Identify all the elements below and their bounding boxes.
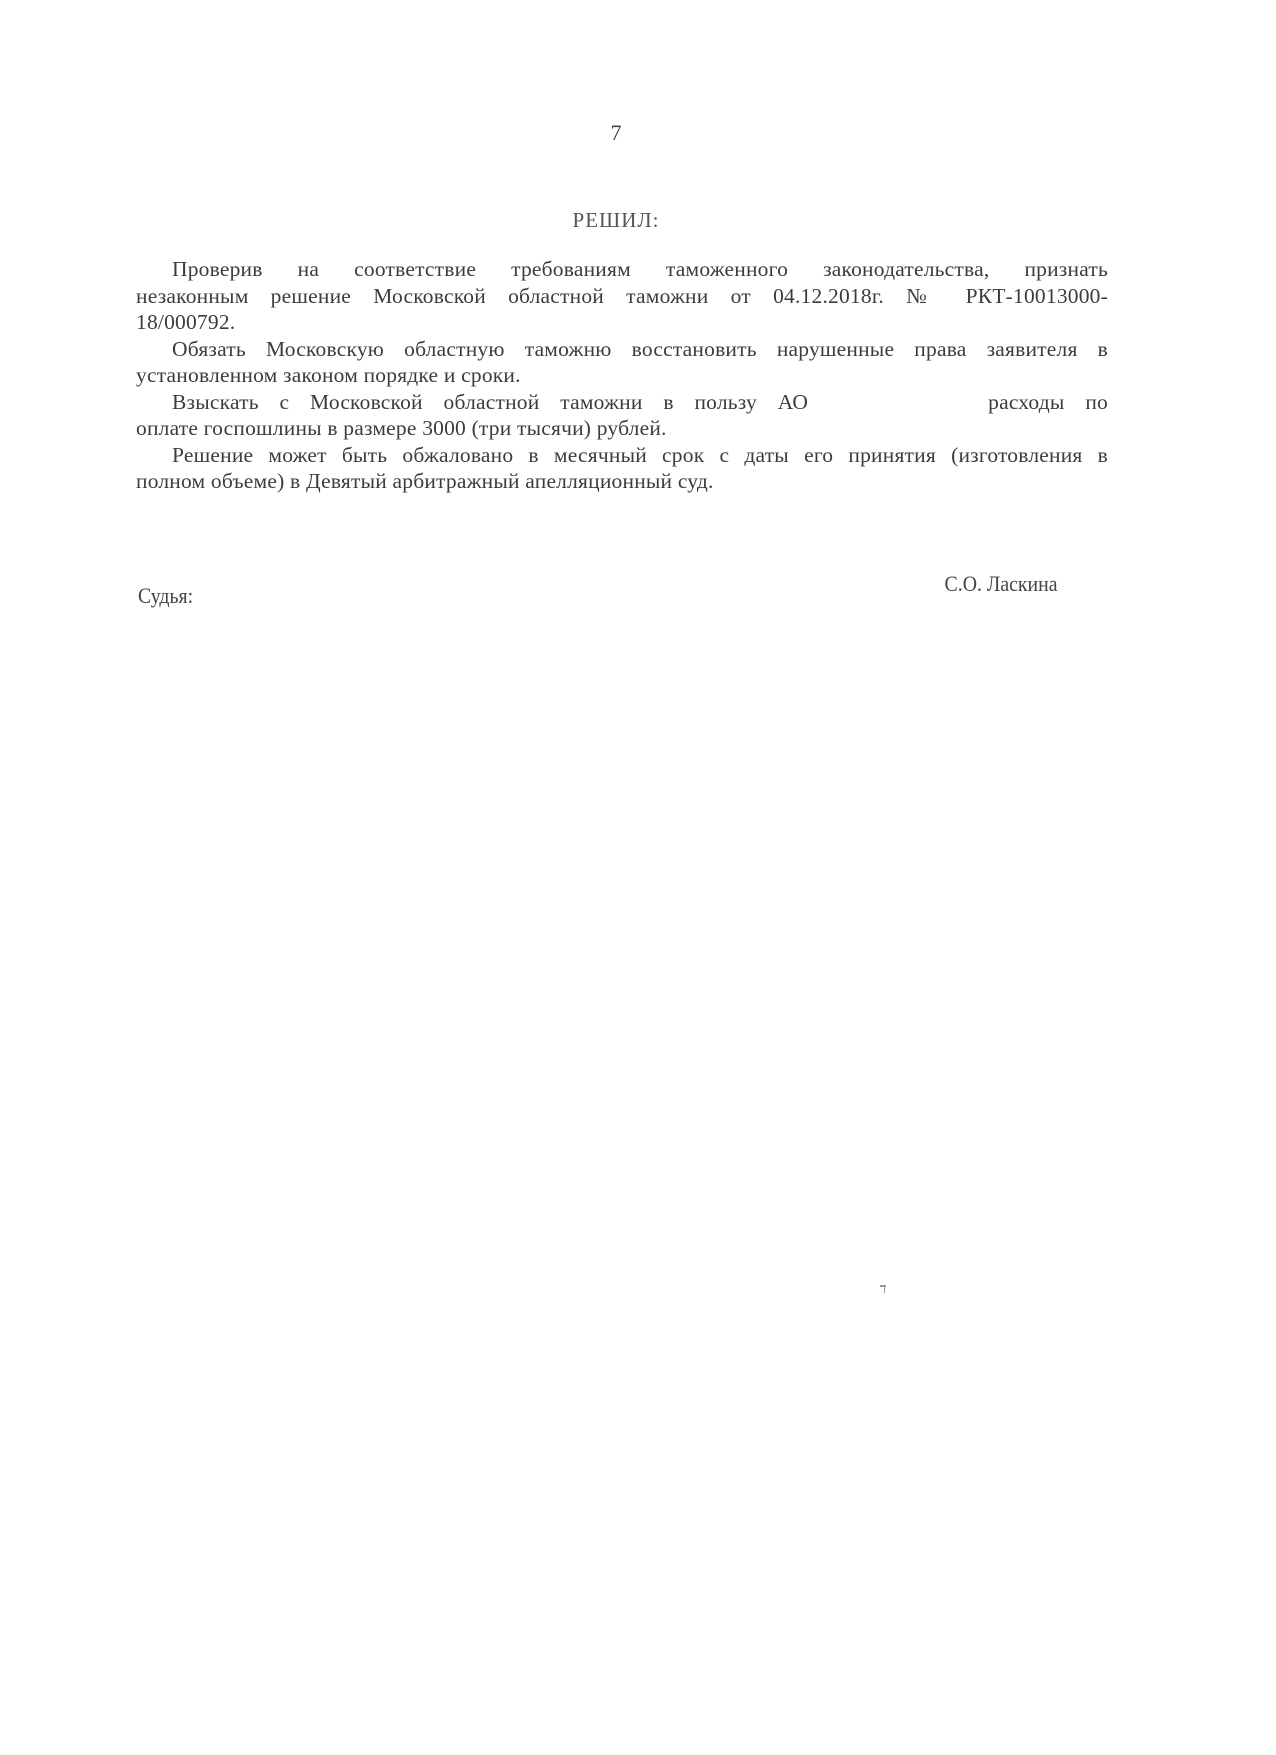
text-line: Обязать Московскую областную таможню вос… [136, 336, 1108, 363]
signature-block: Судья: С.О. Ласкина [138, 571, 1058, 611]
paragraph-appeal-notice: Решение может быть обжаловано в месячный… [136, 442, 1108, 495]
decision-heading: РЕШИЛ: [0, 208, 1232, 233]
page-number: 7 [0, 120, 1232, 146]
text-fragment: Взыскать с Московской областной таможни … [172, 390, 808, 414]
decision-body: Проверив на соответствие требованиям там… [136, 256, 1108, 495]
text-line: полном объеме) в Девятый арбитражный апе… [136, 468, 1108, 495]
judge-name: С.О. Ласкина [945, 571, 1058, 597]
scan-artifact [884, 1287, 885, 1293]
text-line: незаконным решение Московской областной … [136, 283, 1108, 310]
text-line: Взыскать с Московской областной таможни … [136, 389, 1108, 416]
text-line: установленном законом порядке и сроки. [136, 362, 1108, 389]
paragraph-declare-unlawful: Проверив на соответствие требованиям там… [136, 256, 1108, 336]
paragraph-oblige-restore-rights: Обязать Московскую областную таможню вос… [136, 336, 1108, 389]
text-line: 18/000792. [136, 309, 1108, 336]
judge-label: Судья: [138, 583, 193, 609]
text-line: Решение может быть обжаловано в месячный… [136, 442, 1108, 469]
text-line: оплате госпошлины в размере 3000 (три ты… [136, 415, 1108, 442]
paragraph-recover-costs: Взыскать с Московской областной таможни … [136, 389, 1108, 442]
text-line: Проверив на соответствие требованиям там… [136, 256, 1108, 283]
scan-artifact [880, 1285, 886, 1287]
text-fragment: расходы по [988, 390, 1108, 414]
